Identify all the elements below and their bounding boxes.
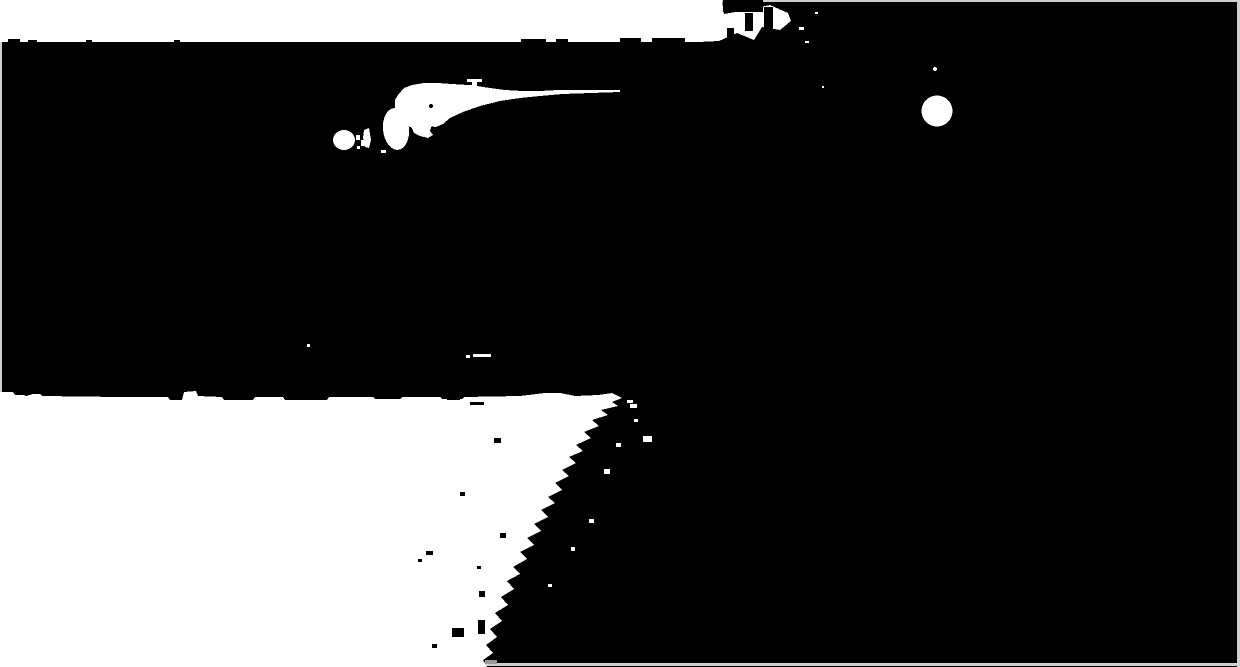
foreground-dark-speck-11 <box>477 566 481 569</box>
foreground-dark-speck-1 <box>494 438 501 443</box>
sky-band <box>0 0 791 42</box>
sky-fleck-3 <box>815 12 818 14</box>
sky-edge-nick-7 <box>620 38 641 43</box>
sun-disc <box>922 96 953 127</box>
foreground-dark-speck-4 <box>479 591 485 597</box>
foreground-dark-speck-2 <box>460 492 465 496</box>
far-fleck <box>822 86 824 88</box>
sky-edge-nick-3 <box>86 40 92 43</box>
foreground-dark-dash-2 <box>447 398 460 400</box>
foreground-dark-speck-9 <box>418 559 422 562</box>
sky-noise-blotch-4 <box>727 28 734 40</box>
sky-noise-blotch-1 <box>723 0 763 12</box>
foreground-dark-speck-5 <box>452 628 464 637</box>
sky-noise-blotch-3 <box>764 7 773 33</box>
edge-white-speck-2 <box>643 436 652 442</box>
foreground-dark-speck-7 <box>497 644 507 662</box>
figure-neck-speck-1 <box>356 135 360 140</box>
foreground-dark-dash-1 <box>470 402 484 405</box>
sky-edge-nick-6 <box>556 39 568 43</box>
foreground-dark-speck-8 <box>432 644 437 648</box>
sky-edge-nick-5 <box>521 39 546 43</box>
sky-noise-blotch-2 <box>745 13 753 31</box>
edge-white-speck-3 <box>616 443 621 447</box>
figure-left-blob <box>333 130 355 150</box>
foreground-dark-speck-6 <box>478 620 485 634</box>
edge-white-speck-7 <box>548 584 552 587</box>
bottom-gray-bit <box>485 660 497 664</box>
edge-white-speck-6 <box>571 547 575 551</box>
foreground-dark-speck-3 <box>426 551 433 555</box>
sky-edge-nick-4 <box>174 40 180 43</box>
sun-upper-fleck <box>933 67 937 71</box>
figure-neck-speck-3 <box>357 146 360 149</box>
mid-dash-lead <box>466 355 470 358</box>
edge-white-speck-1 <box>630 404 637 408</box>
edge-white-speck-9 <box>627 400 633 403</box>
sky-edge-nick-8 <box>652 38 685 43</box>
edge-white-speck-4 <box>604 469 610 474</box>
mid-dot <box>307 344 310 347</box>
figure-under-speck <box>381 150 386 153</box>
sky-edge-nick-1 <box>8 39 20 43</box>
scene-svg <box>0 0 1240 667</box>
figure-eye-hole <box>429 104 433 108</box>
edge-white-speck-8 <box>634 419 638 422</box>
foreground-dark-speck-10 <box>500 533 506 538</box>
sky-fleck-1 <box>799 27 804 30</box>
sky-edge-nick-2 <box>28 40 37 43</box>
mid-dash <box>473 354 491 357</box>
edge-white-speck-5 <box>589 519 594 523</box>
thresholded-photo <box>0 0 1240 667</box>
sky-fleck-2 <box>805 41 809 43</box>
